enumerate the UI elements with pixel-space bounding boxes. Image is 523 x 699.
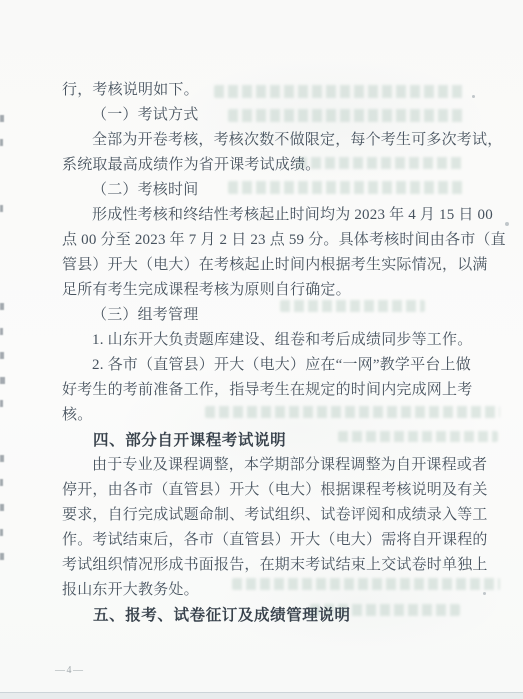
- scan-edge-artifact: [0, 479, 3, 486]
- text-line: 停开，由各市（直管县）开大（电大）根据课程考核说明及有关: [62, 478, 468, 503]
- scan-edge-artifact: [0, 504, 4, 511]
- scanned-page: 行，考核说明如下。（一）考试方式全部为开卷考核，考核次数不做限定，每个考生可多次…: [0, 0, 523, 699]
- document-body: 行，考核说明如下。（一）考试方式全部为开卷考核，考核次数不做限定，每个考生可多次…: [62, 78, 468, 628]
- text-line: 由于专业及课程调整，本学期部分课程调整为自开课程或者: [62, 453, 468, 478]
- scan-edge-artifact: [0, 377, 5, 384]
- text-line: 行，考核说明如下。: [62, 78, 468, 103]
- text-line: 全部为开卷考核，考核次数不做限定，每个考生可多次考试，: [62, 128, 468, 153]
- scan-edge-artifact: [0, 139, 3, 146]
- text-line: （二）考核时间: [62, 178, 468, 203]
- scan-edge-artifact: [0, 328, 3, 335]
- section-heading: 四、部分自开课程考试说明: [62, 428, 468, 453]
- text-line: 管县）开大（电大）在考核起止时间内根据考生实际情况，以满: [62, 253, 468, 278]
- scan-edge-artifact: [0, 455, 4, 462]
- page-number: —4—: [55, 665, 85, 676]
- text-line: 点 00 分至 2023 年 7 月 2 日 23 点 59 分。具体考核时间由…: [62, 228, 468, 253]
- text-line: （三）组考管理: [62, 303, 468, 328]
- text-line: 作。考试结束后，各市（直管县）开大（电大）需将自开课程的: [62, 528, 468, 553]
- text-line: 形成性考核和终结性考核起止时间均为 2023 年 4 月 15 日 00: [62, 203, 468, 228]
- scan-edge-artifact: [0, 553, 4, 560]
- text-line: 好考生的考前准备工作，指导考生在规定的时间内完成网上考: [62, 378, 468, 403]
- scan-speck: [483, 592, 486, 595]
- scan-edge-artifact: [0, 205, 3, 212]
- text-line: 要求，自行完成试题命制、考试组织、试卷评阅和成绩录入等工: [62, 503, 468, 528]
- text-line: 考试组织情况形成书面报告，在期末考试结束上交试卷时单独上: [62, 553, 468, 578]
- text-line: 2. 各市（直管县）开大（电大）应在“一网”教学平台上做: [62, 353, 468, 378]
- scan-edge-artifact: [0, 352, 4, 359]
- section-heading: 五、报考、试卷征订及成绩管理说明: [62, 603, 468, 628]
- scan-bottom-edge: [0, 692, 523, 699]
- scan-speck: [472, 95, 475, 98]
- text-line: 报山东开大教务处。: [62, 578, 468, 603]
- scan-edge-artifact: [0, 303, 4, 310]
- text-line: 1. 山东开大负责题库建设、组卷和考后成绩同步等工作。: [62, 328, 468, 353]
- scan-speck: [505, 222, 509, 226]
- scan-edge-artifact: [0, 529, 3, 536]
- text-line: 系统取最高成绩作为省开课考试成绩。: [62, 153, 468, 178]
- text-line: 足所有考生完成课程考核为原则自行确定。: [62, 278, 468, 303]
- scan-edge-artifact: [0, 400, 3, 407]
- scan-edge-artifact: [0, 115, 4, 122]
- text-line: 核。: [62, 403, 468, 428]
- text-line: （一）考试方式: [62, 103, 468, 128]
